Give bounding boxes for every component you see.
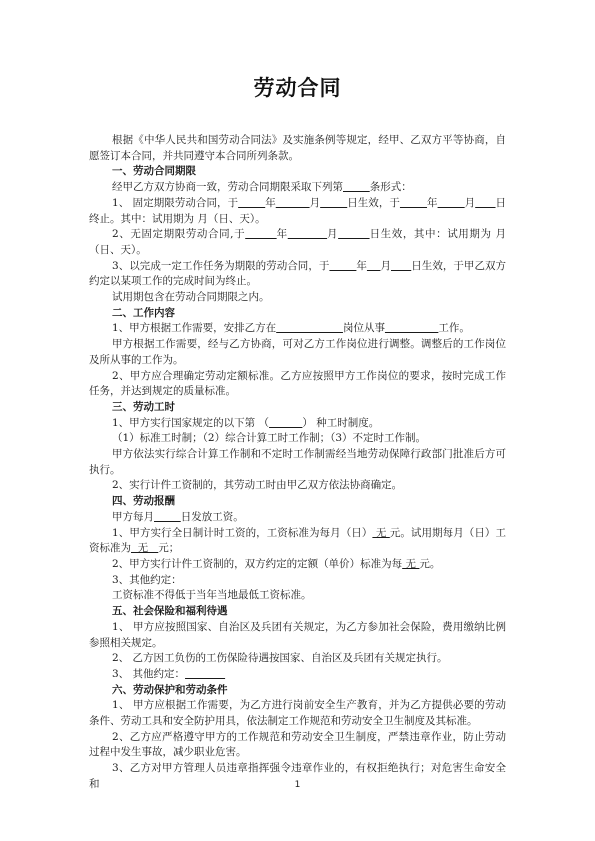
fill-in-blank [400, 197, 427, 209]
clause-paragraph: 1、 甲方应按照国家、自治区及兵团有关规定，为乙方参加社会保险，费用缴纳比例参照… [89, 620, 506, 651]
clause-paragraph: 经甲乙方双方协商一致，劳动合同期限采取下列第 条形式： [89, 180, 506, 196]
fill-in-blank [367, 260, 381, 272]
clause-paragraph: 1、 固定期限劳动合同，于 年 月 日生效，于 年 月 日终止。其中：试用期为 … [89, 196, 506, 227]
fill-in-blank [320, 197, 347, 209]
clause-paragraph: 2、甲方应合理确定劳动定额标准。乙方应按照甲方工作岗位的要求，按时完成工作任务，… [89, 369, 506, 400]
fill-in-blank [438, 197, 465, 209]
fill-in-blank [276, 322, 343, 334]
clause-paragraph: 2、实行计件工资制的，其劳动工时由甲乙双方依法协商确定。 [89, 478, 506, 494]
section-heading: 六、劳动保护和劳动条件 [89, 683, 506, 699]
page-number: 1 [0, 780, 595, 790]
clause-paragraph: 1、甲方根据工作需要，安排乙方在 岗位从事 工作。 [89, 321, 506, 337]
fill-in-blank [276, 197, 310, 209]
fill-in-blank [288, 228, 327, 240]
clause-paragraph: 甲方根据工作需要，经与乙方协商，可对乙方工作岗位进行调整。调整后的工作岗位及所从… [89, 337, 506, 368]
fill-in-blank [269, 417, 302, 429]
clause-paragraph: 1、甲方实行国家规定的以下第 （ ） 种工时制度。 [89, 416, 506, 432]
section-heading: 三、劳动工时 [89, 400, 506, 416]
fill-in-blank: 无 [372, 527, 389, 539]
fill-in-blank [245, 228, 276, 240]
document-body: 根据《中华人民共和国劳动合同法》及实施条例等规定，经甲、乙双方平等协商，自愿签订… [89, 133, 506, 793]
clause-paragraph: 2、乙方应严格遵守甲方的工作规范和劳动安全卫生制度，严禁违章作业，防止劳动过程中… [89, 730, 506, 761]
clause-paragraph: 1、 甲方应根据工作需要，为乙方进行岗前安全生产教育，并为乙方提供必要的劳动条件… [89, 698, 506, 729]
clause-paragraph: 3、 其他约定： [89, 667, 506, 683]
fill-in-blank [329, 260, 356, 272]
fill-in-blank [154, 511, 181, 523]
fill-in-blank [385, 322, 438, 334]
section-heading: 五、社会保险和福利待遇 [89, 604, 506, 620]
section-heading: 一、劳动合同期限 [89, 164, 506, 180]
fill-in-blank: 无 [131, 542, 158, 554]
clause-paragraph: 2、无固定期限劳动合同,于 年 月 日生效，其中：试用期为 月（日、天）。 [89, 227, 506, 258]
clause-paragraph: 3、其他约定： [89, 573, 506, 589]
clause-paragraph: 甲方依法实行综合计算工作制和不定时工作制需经当地劳动保障行政部门批准后方可执行。 [89, 447, 506, 478]
fill-in-blank [185, 668, 225, 680]
clause-paragraph: （1）标准工时制；（2）综合计算工时工作制；（3）不定时工作制。 [89, 431, 506, 447]
section-heading: 二、工作内容 [89, 306, 506, 322]
clause-paragraph: 甲方每月 日发放工资。 [89, 510, 506, 526]
clause-paragraph: 1、甲方实行全日制计时工资的，工资标准为每月（日） 无 元。试用期每月（日）工资… [89, 526, 506, 557]
intro-paragraph: 根据《中华人民共和国劳动合同法》及实施条例等规定，经甲、乙双方平等协商，自愿签订… [89, 133, 506, 164]
document-title: 劳动合同 [0, 72, 595, 102]
clause-paragraph: 工资标准不得低于当年当地最低工资标准。 [89, 588, 506, 604]
section-heading: 四、劳动报酬 [89, 494, 506, 510]
fill-in-blank [343, 181, 370, 193]
clause-paragraph: 3、以完成一定工作任务为期限的劳动合同，于 年 月 日生效，于甲乙双方约定以某项… [89, 259, 506, 290]
sections-container: 一、劳动合同期限经甲乙方双方协商一致，劳动合同期限采取下列第 条形式：1、 固定… [89, 164, 506, 792]
fill-in-blank [391, 260, 411, 272]
clause-paragraph: 2、甲方实行计件工资制的，双方约定的定额（单价）标准为每 无 元。 [89, 557, 506, 573]
fill-in-blank [238, 197, 265, 209]
clause-paragraph: 试用期包含在劳动合同期限之内。 [89, 290, 506, 306]
fill-in-blank: 无 [402, 558, 419, 570]
clause-paragraph: 2、 乙方因工负伤的工伤保险待遇按国家、自治区及兵团有关规定执行。 [89, 651, 506, 667]
fill-in-blank [475, 197, 495, 209]
fill-in-blank [338, 228, 369, 240]
